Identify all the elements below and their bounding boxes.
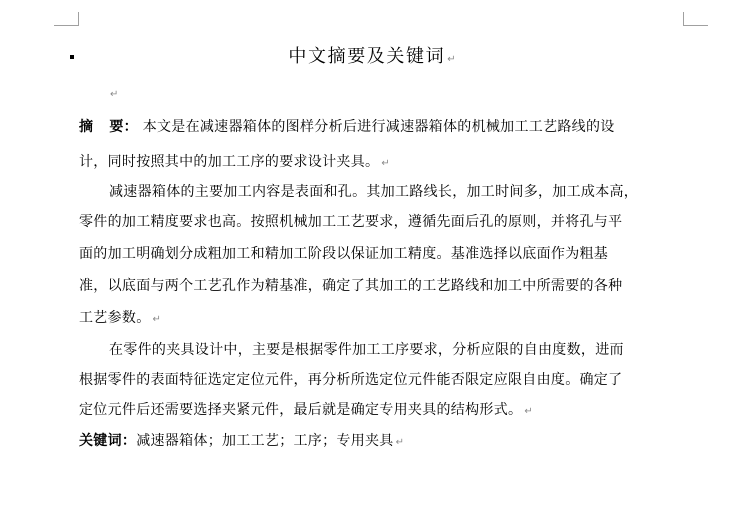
document-title[interactable]: 中文摘要及关键词↵ [0, 46, 744, 71]
body-text: 根据零件的表面特征选定定位元件，再分析所选定位元件能否限定应限自由度。确定了 [79, 372, 622, 388]
body-text: 面的加工明确划分成粗加工和精加工阶段以保证加工精度。基准选择以底面作为粗基 [79, 246, 608, 262]
paragraph-mark-icon: ↵ [447, 54, 455, 65]
paragraph2-line-3[interactable]: 面的加工明确划分成粗加工和精加工阶段以保证加工精度。基准选择以底面作为粗基 [79, 245, 719, 263]
paragraph-mark-icon: ↵ [153, 314, 161, 325]
paragraph3-line-1[interactable]: 在零件的夹具设计中，主要是根据零件加工工序要求，分析应限的自由度数，进而 [109, 341, 744, 359]
top-right-margin-mark [683, 12, 708, 26]
top-left-margin-mark [54, 12, 79, 26]
body-text: 准，以底面与两个工艺孔作为精基准，确定了其加工的工艺路线和加工中所需要的各种 [79, 278, 622, 294]
abstract-line-2[interactable]: 计，同时按照其中的加工工序的要求设计夹具。↵ [79, 153, 719, 173]
body-text: 减速器箱体的主要加工内容是表面和孔。其加工路线长，加工时间多，加工成本高， [109, 184, 638, 200]
paragraph2-line-1[interactable]: 减速器箱体的主要加工内容是表面和孔。其加工路线长，加工时间多，加工成本高， [109, 183, 744, 201]
paragraph-mark-icon: ↵ [396, 437, 404, 448]
document-page[interactable]: ↵ 中文摘要及关键词↵ ↵ 摘要： 本文是在减速器箱体的图样分析后进行减速器箱体… [0, 0, 744, 525]
abstract-line-1[interactable]: 摘要： 本文是在减速器箱体的图样分析后进行减速器箱体的机械加工工艺路线的设 [79, 118, 719, 136]
body-text: 在零件的夹具设计中，主要是根据零件加工工序要求，分析应限的自由度数，进而 [109, 342, 624, 358]
keywords-label: 关键词： [79, 433, 136, 449]
body-text: 工艺参数。 [79, 310, 151, 326]
keywords-line[interactable]: 关键词：减速器箱体；加工工艺；工序；专用夹具↵ [79, 432, 719, 452]
paragraph-mark-icon: ↵ [524, 406, 532, 417]
paragraph2-line-4[interactable]: 准，以底面与两个工艺孔作为精基准，确定了其加工的工艺路线和加工中所需要的各种 [79, 277, 719, 295]
title-text: 中文摘要及关键词 [288, 46, 445, 67]
body-text: 定位元件后还需要选择夹紧元件，最后就是确定专用夹具的结构形式。 [79, 402, 522, 418]
keywords-value: 减速器箱体；加工工艺；工序；专用夹具 [136, 433, 393, 449]
paragraph3-line-3[interactable]: 定位元件后还需要选择夹紧元件，最后就是确定专用夹具的结构形式。↵ [79, 401, 719, 421]
body-text: 零件的加工精度要求也高。按照机械加工工艺要求，遵循先面后孔的原则，并将孔与平 [79, 214, 622, 230]
abstract-label-char1: 摘 [79, 119, 93, 135]
paragraph-mark-icon: ↵ [108, 0, 116, 3]
abstract-label-char2: 要： [109, 119, 138, 135]
paragraph3-line-2[interactable]: 根据零件的表面特征选定定位元件，再分析所选定位元件能否限定应限自由度。确定了 [79, 371, 719, 389]
abstract-text: 计，同时按照其中的加工工序的要求设计夹具。 [79, 154, 379, 170]
empty-paragraph-mark-icon: ↵ [110, 89, 118, 100]
paragraph2-line-2[interactable]: 零件的加工精度要求也高。按照机械加工工艺要求，遵循先面后孔的原则，并将孔与平 [79, 213, 719, 231]
paragraph-mark-icon: ↵ [381, 158, 389, 169]
abstract-text: 本文是在减速器箱体的图样分析后进行减速器箱体的机械加工工艺路线的设 [143, 119, 615, 135]
paragraph2-line-5[interactable]: 工艺参数。↵ [79, 309, 719, 329]
